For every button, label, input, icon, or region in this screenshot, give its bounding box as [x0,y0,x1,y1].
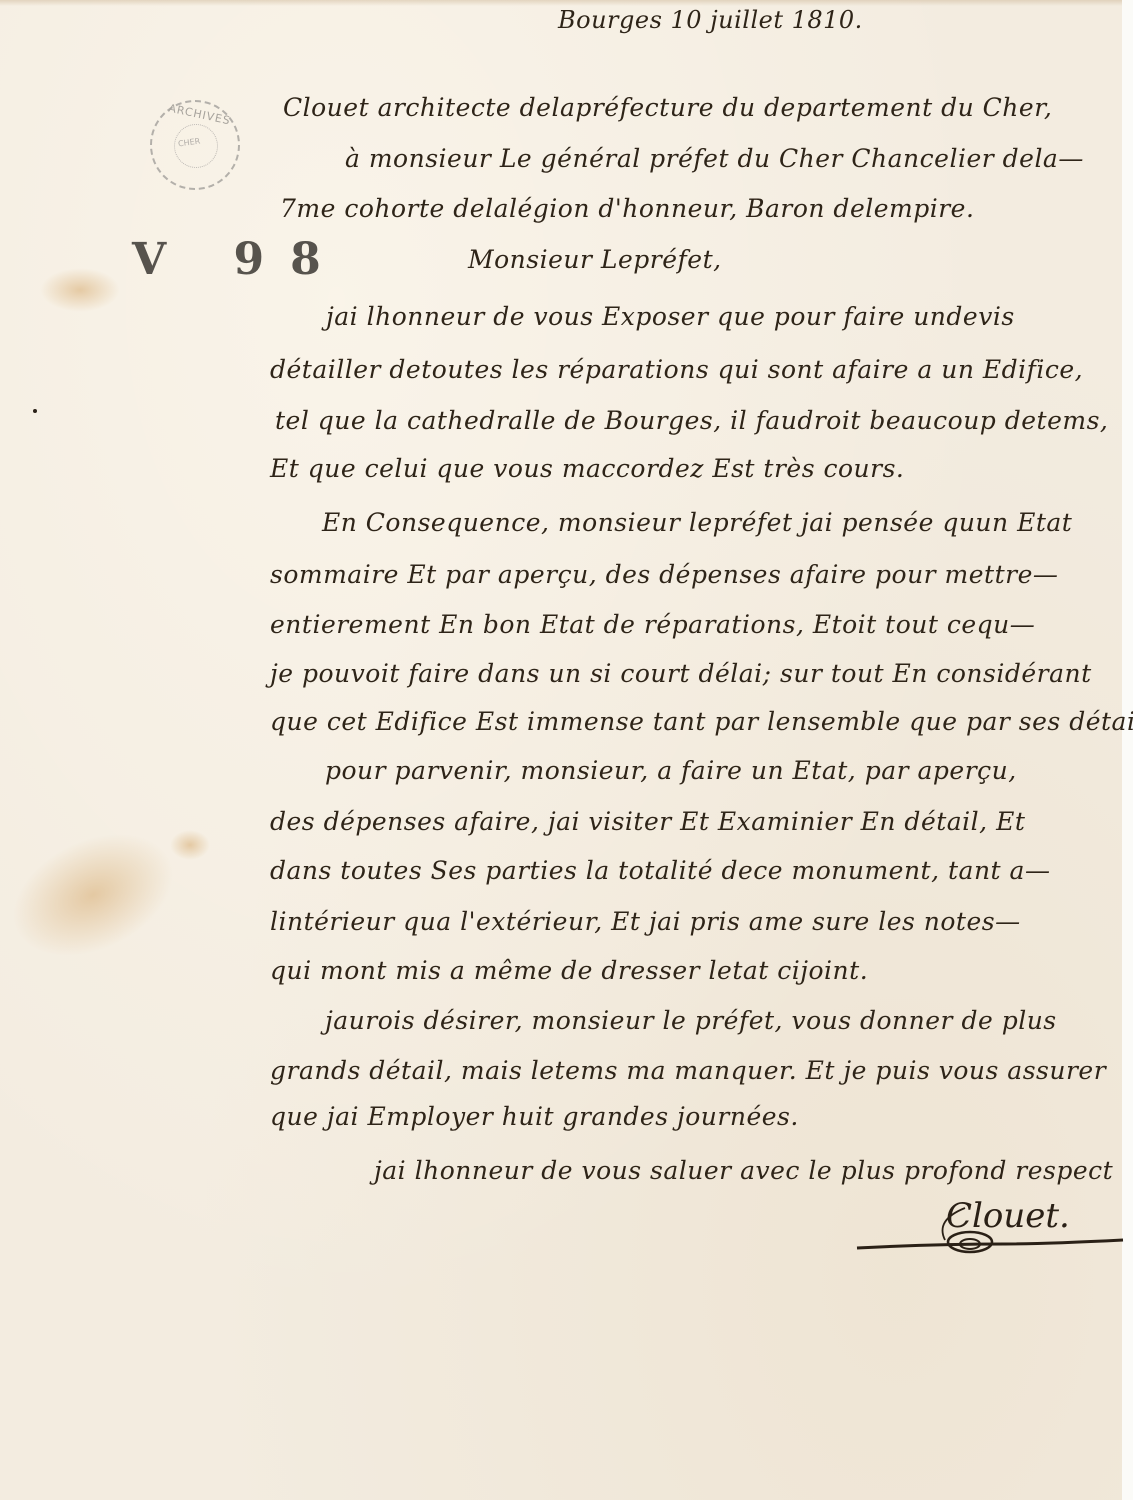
body-line: tel que la cathedralle de Bourges, il fa… [275,408,1108,433]
body-line: grands détail, mais letems ma manquer. E… [270,1058,1106,1083]
archive-stamp: ARCHIVES CHER [150,100,240,190]
body-line: détailler detoutes les réparations qui s… [270,357,1083,382]
body-line: entierement En bon Etat de réparations, … [270,612,1035,637]
closing-line: jai lhonneur de vous saluer avec le plus… [374,1158,1113,1183]
body-line: Et que celui que vous maccordez Est très… [270,456,904,481]
stain-mark [170,830,210,860]
body-line: qui mont mis a même de dresser letat cij… [270,958,868,983]
body-line: je pouvoit faire dans un si court délai;… [270,661,1092,686]
body-line: que jai Employer huit grandes journées. [270,1104,799,1129]
stain-mark [40,268,120,312]
body-line: sommaire Et par aperçu, des dépenses afa… [270,562,1058,587]
signature: Clouet. [946,1196,1070,1236]
recipient-line: 7me cohorte delalégion d'honneur, Baron … [280,196,974,221]
sender-line: Clouet architecte delapréfecture du depa… [283,95,1052,120]
body-line: jai lhonneur de vous Exposer que pour fa… [326,304,1015,329]
body-line: lintérieur qua l'extérieur, Et jai pris … [270,909,1021,934]
body-line: pour parvenir, monsieur, a faire un Etat… [325,758,1017,783]
call-number: V 98 [132,234,347,285]
body-line: des dépenses afaire, jai visiter Et Exam… [270,809,1025,834]
letter-sheet [0,0,1123,1500]
date-line: Bourges 10 juillet 1810. [558,6,863,34]
body-line: jaurois désirer, monsieur le préfet, vou… [325,1008,1057,1033]
recipient-line: à monsieur Le général préfet du Cher Cha… [345,146,1084,171]
salutation: Monsieur Lepréfet, [468,247,722,272]
body-line: En Consequence, monsieur lepréfet jai pe… [322,510,1072,535]
body-line: dans toutes Ses parties la totalité dece… [270,858,1050,883]
ink-dot [33,409,37,413]
body-line: que cet Edifice Est immense tant par len… [270,709,1133,734]
scan-margin [1122,0,1133,1500]
